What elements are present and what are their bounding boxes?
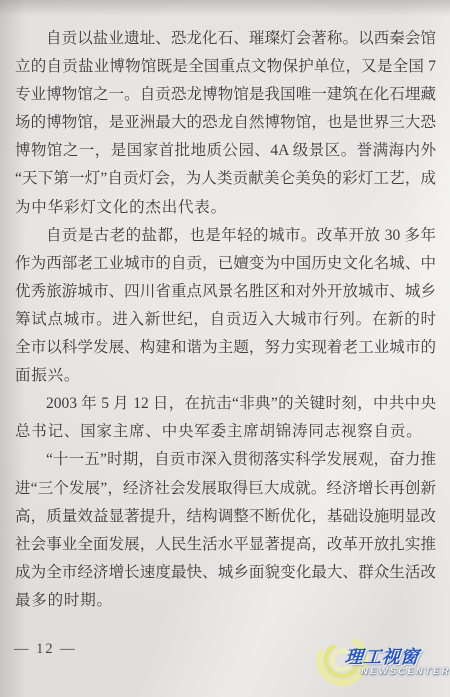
text-line: 作为西部老工业城市的自贡，已嬗变为中国历史文化名城、中国 xyxy=(15,250,436,278)
text-line: 面振兴。 xyxy=(15,362,436,390)
watermark-logo: 理工视窗 NEWSCENTER xyxy=(275,620,440,695)
text-line: “天下第一灯”自贡灯会，为人类贡献美仑美奂的彩灯工艺，成 xyxy=(15,165,436,193)
text-line: 总书记、国家主席、中央军委主席胡锦涛同志视察自贡。 xyxy=(15,418,436,446)
text-line: 进“三个发展”，经济社会发展取得巨大成就。经济增长再创新 xyxy=(15,475,436,503)
text-line: 成为全市经济增长速度最快、城乡面貌变化最大、群众生活改善 xyxy=(15,559,436,587)
text-line: 为中华彩灯文化的杰出代表。 xyxy=(15,194,436,222)
text-line: 最多的时期。 xyxy=(15,587,436,615)
page-number: — 12 — xyxy=(14,641,77,658)
text-line: 博物馆之一，是国家首批地质公园、4A 级景区。誉满海内外的 xyxy=(15,137,436,165)
text-line: 2003 年 5 月 12 日，在抗击“非典”的关键时刻，中共中央 xyxy=(15,390,436,418)
text-line: 专业博物馆之一。自贡恐龙博物馆是我国唯一建筑在化石埋藏现 xyxy=(15,81,436,109)
document-body: 自贡以盐业遗址、恐龙化石、璀璨灯会著称。以西秦会馆设立的自贡盐业博物馆既是全国重… xyxy=(15,25,436,615)
text-line: 场的博物馆，是亚洲最大的恐龙自然博物馆，也是世界三大恐龙 xyxy=(15,109,436,137)
text-line: 自贡是古老的盐都，也是年轻的城市。改革开放 30 多年来， xyxy=(15,222,436,250)
text-line: 筹试点城市。进入新世纪，自贡迈入大城市行列。在新的时代， xyxy=(15,306,436,334)
text-line: 优秀旅游城市、四川省重点风景名胜区和对外开放城市、城乡统 xyxy=(15,278,436,306)
text-line: 自贡以盐业遗址、恐龙化石、璀璨灯会著称。以西秦会馆设 xyxy=(15,25,436,53)
text-line: 立的自贡盐业博物馆既是全国重点文物保护单位，又是全国 7 大 xyxy=(15,53,436,81)
text-line: 高，质量效益显著提升，结构调整不断优化，基础设施明显改善， xyxy=(15,503,436,531)
text-line: 全市以科学发展、构建和谐为主题，努力实现着老工业城市的全 xyxy=(15,334,436,362)
document-page: 自贡以盐业遗址、恐龙化石、璀璨灯会著称。以西秦会馆设立的自贡盐业博物馆既是全国重… xyxy=(0,0,450,697)
watermark-subtitle: NEWSCENTER xyxy=(361,666,450,677)
text-line: 社会事业全面发展，人民生活水平显著提高，改革开放扎实推进， xyxy=(15,531,436,559)
text-line: “十一五”时期，自贡市深入贯彻落实科学发展观，奋力推 xyxy=(15,446,436,474)
